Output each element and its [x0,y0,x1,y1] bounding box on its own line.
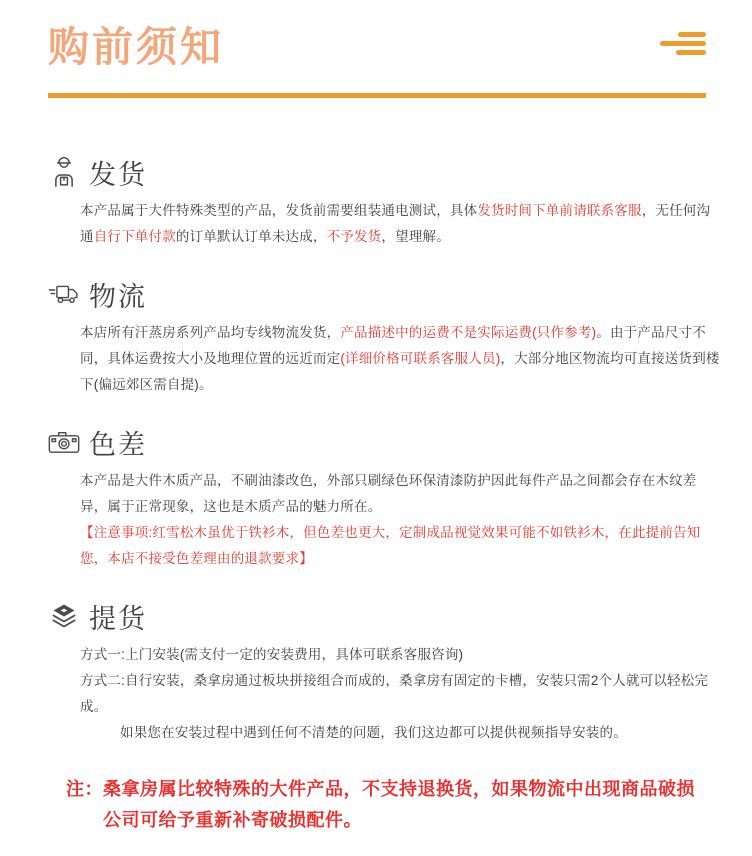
text-line: 【注意事项:红雪松木虽优于铁衫木，但色差也更大，定制成品视觉效果可能不如铁衫木，… [80,520,722,572]
section-title: 提货 [89,597,147,636]
hamburger-lines-icon [660,32,706,55]
note-text: 桑拿房属比较特殊的大件产品，不支持退换货，如果物流中出现商品破损公司可给予重新补… [103,774,705,836]
section-text: 本产品是大件木质产品，不刷油漆改色，外部只刷绿色环保清漆防护因此每件产品之间都会… [80,468,722,572]
emphasis-text: 发货时间下单前请联系客服 [477,203,641,218]
body-text: 方式二:自行安装，桑拿房通过板块拼接组合而成的，桑拿房有固定的卡槽，安装只需2个… [80,673,708,714]
note-prefix: 注： [66,774,103,836]
section-text: 本产品属于大件特殊类型的产品，发货前需要组装通电测试，具体发货时间下单前请联系客… [80,198,722,250]
header-divider [48,93,706,98]
section-color-difference: 色差 本产品是大件木质产品，不刷油漆改色，外部只刷绿色环保清漆防护因此每件产品之… [48,424,708,572]
pre-purchase-notice-page: 购前须知 发货 本产品属于大件特殊类型的产 [0,0,752,856]
truck-icon [48,281,80,307]
text-line: 方式一:上门安装(需支付一定的安装费用，具体可联系客服咨询) [80,642,722,668]
camera-icon [48,429,80,455]
section-heading: 提货 [48,598,708,634]
emphasis-text: 【注意事项:红雪松木虽优于铁衫木，但色差也更大，定制成品视觉效果可能不如铁衫木，… [80,525,700,566]
text-line: 方式二:自行安装，桑拿房通过板块拼接组合而成的，桑拿房有固定的卡槽，安装只需2个… [80,668,722,720]
body-text: 本产品属于大件特殊类型的产品，发货前需要组装通电测试，具体 [80,203,477,218]
body-text: 方式一:上门安装(需支付一定的安装费用，具体可联系客服咨询) [80,647,463,662]
body-text: 的订单默认订单未达成， [176,229,327,244]
body-text: 本店所有汗蒸房系列产品均专线物流发货， [80,325,340,340]
return-policy-note: 注： 桑拿房属比较特殊的大件产品，不支持退换货，如果物流中出现商品破损公司可给予… [66,774,708,836]
text-line: 本店所有汗蒸房系列产品均专线物流发货，产品描述中的运费不是实际运费(只作参考)。… [80,320,722,398]
section-text: 本店所有汗蒸房系列产品均专线物流发货，产品描述中的运费不是实际运费(只作参考)。… [80,320,722,398]
section-shipping: 发货 本产品属于大件特殊类型的产品，发货前需要组装通电测试，具体发货时间下单前请… [48,154,708,250]
emphasis-text: 自行下单付款 [94,229,176,244]
section-text: 方式一:上门安装(需支付一定的安装费用，具体可联系客服咨询)方式二:自行安装，桑… [80,642,722,746]
section-heading: 发货 [48,154,708,190]
text-line: 本产品属于大件特殊类型的产品，发货前需要组装通电测试，具体发货时间下单前请联系客… [80,198,722,250]
section-heading: 色差 [48,424,708,460]
section-title: 物流 [89,275,147,314]
section-pickup: 提货 方式一:上门安装(需支付一定的安装费用，具体可联系客服咨询)方式二:自行安… [48,598,708,746]
layers-icon [48,601,80,631]
menu-bar [676,50,706,55]
emphasis-text: 产品描述中的运费不是实际运费(只作参考) [340,325,596,340]
section-title: 色差 [89,423,147,462]
page-header: 购前须知 [48,22,708,98]
text-line: 如果您在安装过程中遇到任何不清楚的问题，我们这边都可以提供视频指导安装的。 [80,720,722,746]
page-title: 购前须知 [48,22,224,72]
text-line: 本产品是大件木质产品，不刷油漆改色，外部只刷绿色环保清漆防护因此每件产品之间都会… [80,468,722,520]
section-logistics: 物流 本店所有汗蒸房系列产品均专线物流发货，产品描述中的运费不是实际运费(只作参… [48,276,708,398]
section-title: 发货 [89,153,147,192]
menu-bar [678,32,706,37]
emphasis-text: (详细价格可联系客服人员) [340,351,500,366]
body-text: ，望理解。 [381,229,450,244]
menu-bar [660,41,706,46]
section-heading: 物流 [48,276,708,312]
emphasis-text: 不予发货 [327,229,382,244]
courier-person-icon [48,156,80,188]
body-text: 本产品是大件木质产品，不刷油漆改色，外部只刷绿色环保清漆防护因此每件产品之间都会… [80,473,697,514]
body-text: 如果您在安装过程中遇到任何不清楚的问题，我们这边都可以提供视频指导安装的。 [120,725,627,740]
